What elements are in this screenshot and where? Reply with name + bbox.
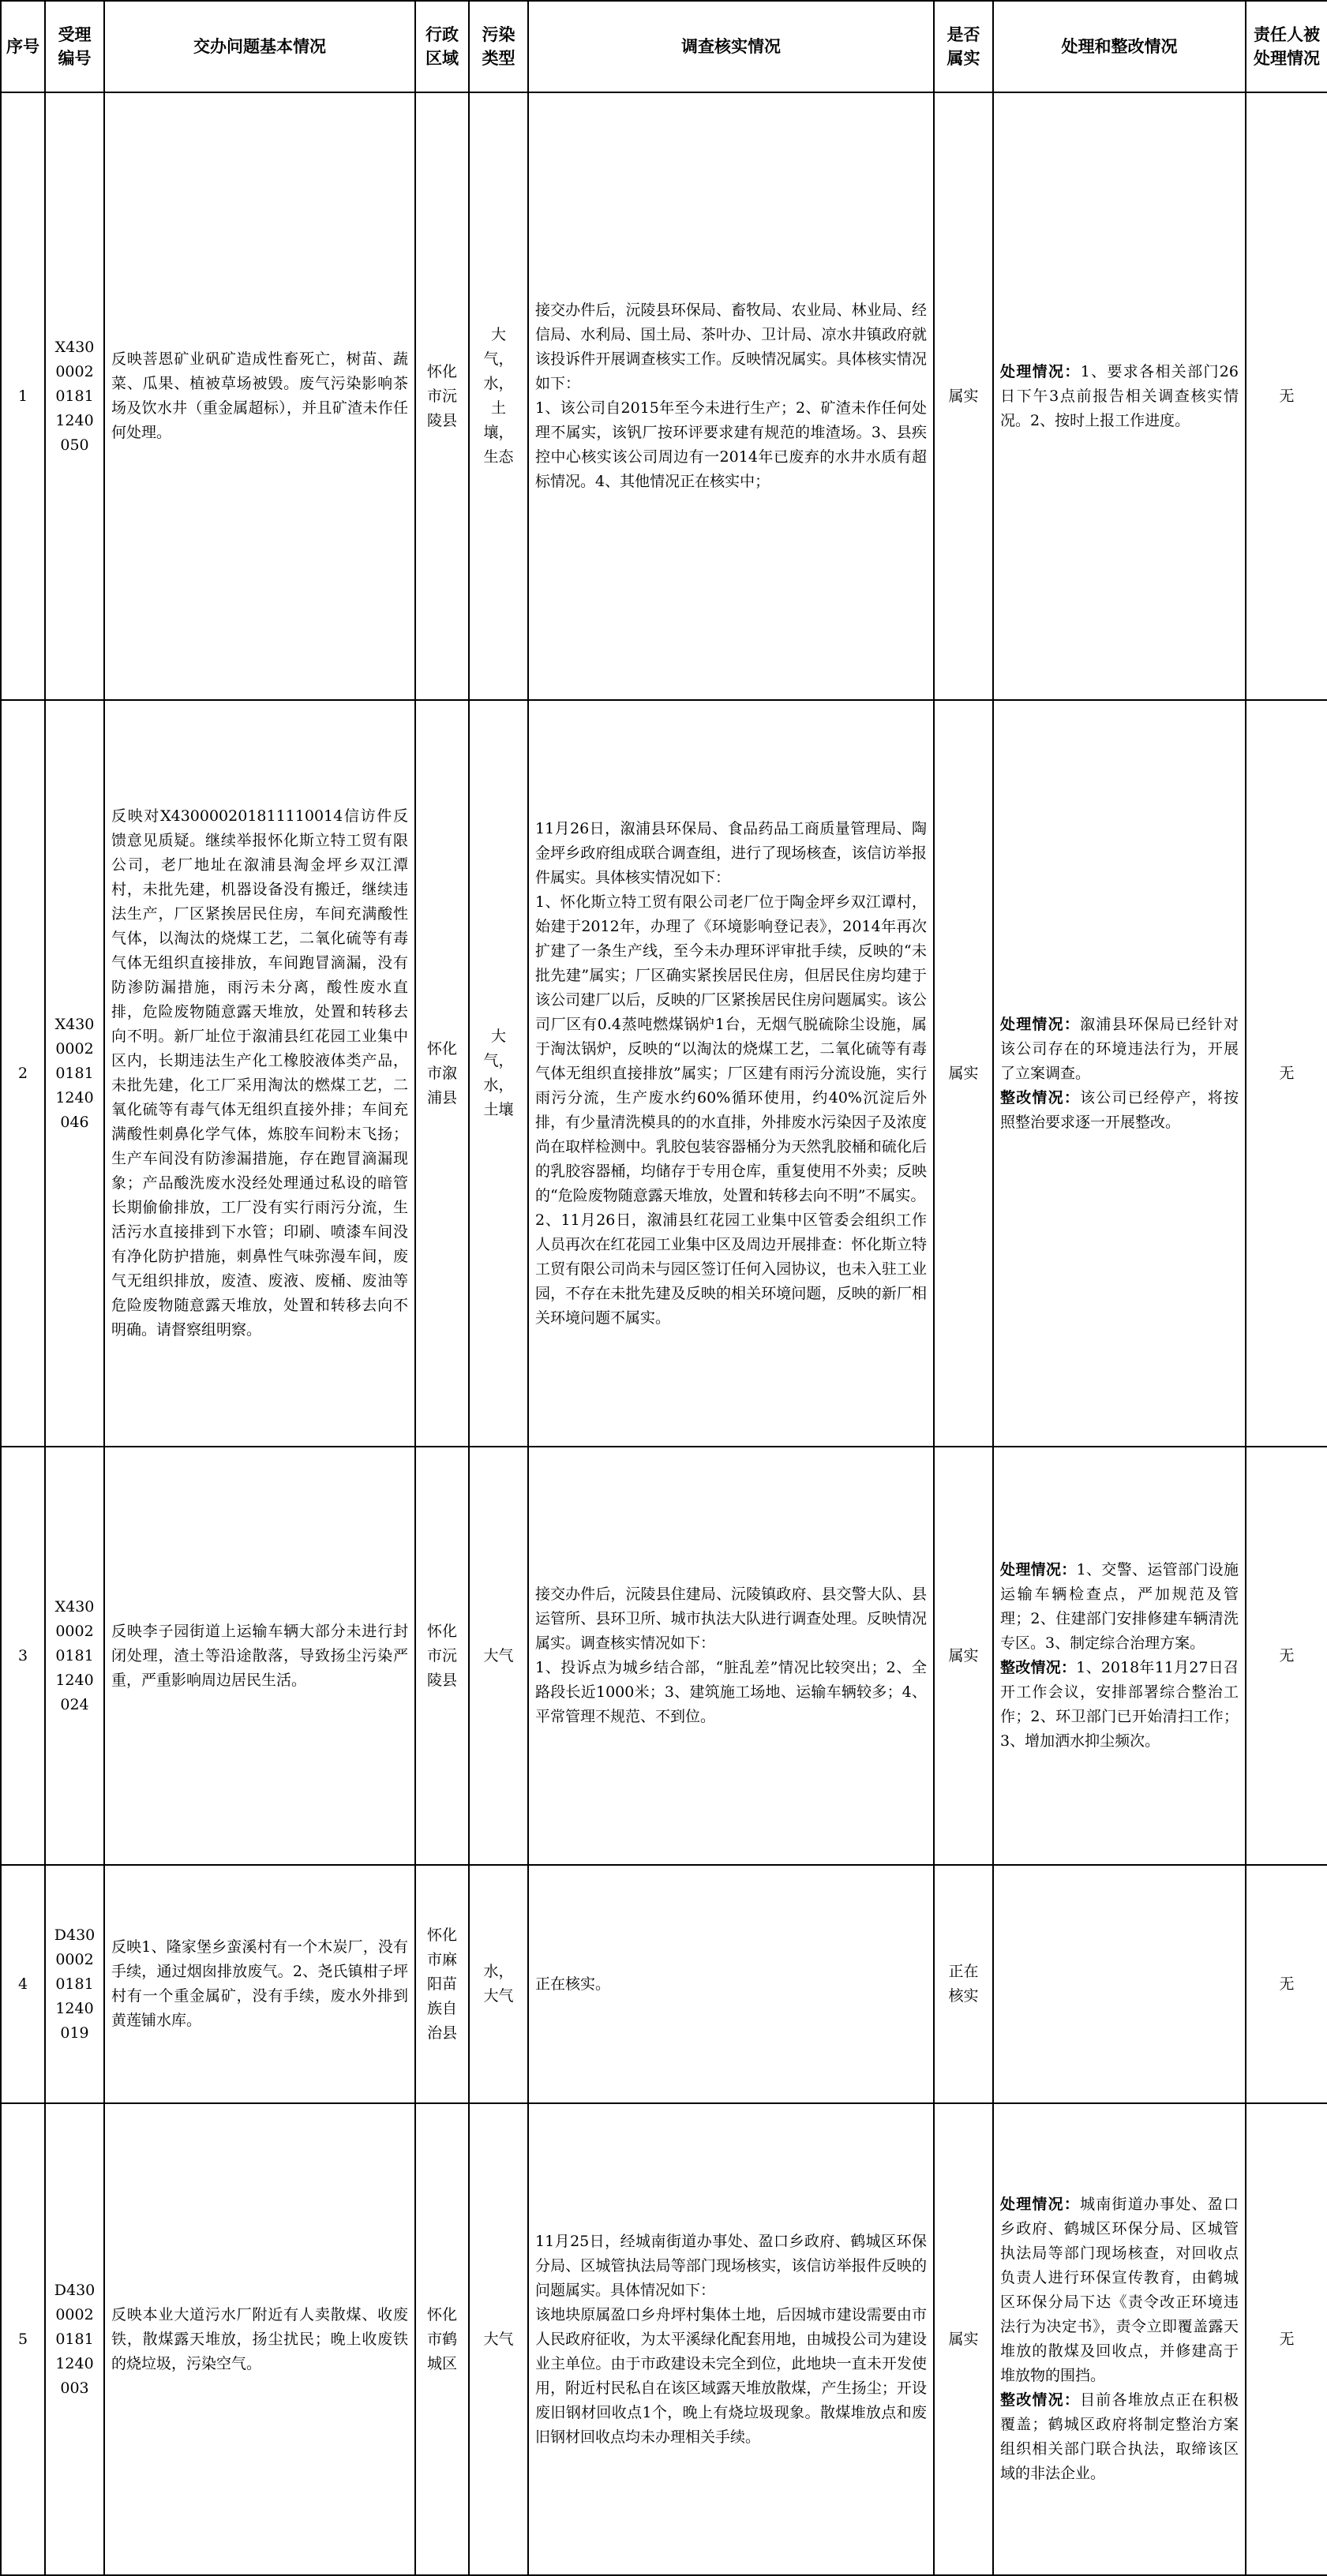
table-body: 1 X430 0002 0181 1240 050 反映菩恩矿业矾矿造成性畜死亡… <box>1 92 1327 2575</box>
cell-serial-number: 3 <box>1 1447 45 1865</box>
cell-handling: 处理情况：溆浦县环保局已经针对该公司存在的环境违法行为，开展了立案调查。整改情况… <box>993 700 1246 1447</box>
cell-accountability: 无 <box>1246 1447 1327 1865</box>
table-row: 3 X430 0002 0181 1240 024 反映李子园街道上运输车辆大部… <box>1 1447 1327 1865</box>
cell-serial-number: 4 <box>1 1865 45 2103</box>
cell-region: 怀化市麻阳苗族自治县 <box>415 1865 469 2103</box>
complaints-table: 序号 受理编号 交办问题基本情况 行政区域 污染类型 调查核实情况 是否属实 处… <box>0 0 1327 2576</box>
cell-region: 怀化市沅陵县 <box>415 92 469 700</box>
cell-investigation: 正在核实。 <box>528 1865 934 2103</box>
header-pollution-type: 污染类型 <box>469 1 528 92</box>
cell-verified-status: 属实 <box>934 700 993 1447</box>
cell-investigation: 接交办件后，沅陵县住建局、沅陵镇政府、县交警大队、县运管所、县环卫所、城市执法大… <box>528 1447 934 1865</box>
cell-investigation: 11月25日，经城南街道办事处、盈口乡政府、鹤城区环保分局、区城管执法局等部门现… <box>528 2103 934 2575</box>
document-sheet: 序号 受理编号 交办问题基本情况 行政区域 污染类型 调查核实情况 是否属实 处… <box>0 0 1327 2576</box>
cell-verified-status: 属实 <box>934 92 993 700</box>
header-acceptance-number: 受理编号 <box>45 1 104 92</box>
cell-handling: 处理情况：城南街道办事处、盈口乡政府、鹤城区环保分局、区城管执法局等部门现场核查… <box>993 2103 1246 2575</box>
cell-serial-number: 5 <box>1 2103 45 2575</box>
header-verified-status: 是否属实 <box>934 1 993 92</box>
cell-accountability: 无 <box>1246 92 1327 700</box>
cell-pollution-type: 大气，水，土壤 <box>469 700 528 1447</box>
cell-investigation: 11月26日，溆浦县环保局、食品药品工商质量管理局、陶金坪乡政府组成联合调查组，… <box>528 700 934 1447</box>
cell-pollution-type: 大气 <box>469 1447 528 1865</box>
header-row: 序号 受理编号 交办问题基本情况 行政区域 污染类型 调查核实情况 是否属实 处… <box>1 1 1327 92</box>
cell-problem-description: 反映李子园街道上运输车辆大部分未进行封闭处理，渣土等沿途散落，导致扬尘污染严重，… <box>104 1447 415 1865</box>
header-problem-description: 交办问题基本情况 <box>104 1 415 92</box>
cell-problem-description: 反映1、隆家堡乡蛮溪村有一个木炭厂，没有手续，通过烟囱排放废气。2、尧氏镇柑子坪… <box>104 1865 415 2103</box>
cell-verified-status: 属实 <box>934 2103 993 2575</box>
cell-accountability: 无 <box>1246 700 1327 1447</box>
cell-serial-number: 1 <box>1 92 45 700</box>
table-row: 2 X430 0002 0181 1240 046 反映对X4300002018… <box>1 700 1327 1447</box>
header-serial-number: 序号 <box>1 1 45 92</box>
cell-verified-status: 属实 <box>934 1447 993 1865</box>
cell-acceptance-number: D430 0002 0181 1240 019 <box>45 1865 104 2103</box>
table-row: 4 D430 0002 0181 1240 019 反映1、隆家堡乡蛮溪村有一个… <box>1 1865 1327 2103</box>
cell-problem-description: 反映本业大道污水厂附近有人卖散煤、收废铁，散煤露天堆放，扬尘扰民；晚上收废铁的烧… <box>104 2103 415 2575</box>
cell-accountability: 无 <box>1246 1865 1327 2103</box>
cell-verified-status: 正在核实 <box>934 1865 993 2103</box>
cell-pollution-type: 大气，水，土壤，生态 <box>469 92 528 700</box>
cell-region: 怀化市鹤城区 <box>415 2103 469 2575</box>
cell-region: 怀化市溆浦县 <box>415 700 469 1447</box>
header-region: 行政区域 <box>415 1 469 92</box>
cell-problem-description: 反映菩恩矿业矾矿造成性畜死亡，树苗、蔬菜、瓜果、植被草场被毁。废气污染影响茶场及… <box>104 92 415 700</box>
table-row: 1 X430 0002 0181 1240 050 反映菩恩矿业矾矿造成性畜死亡… <box>1 92 1327 700</box>
cell-pollution-type: 大气 <box>469 2103 528 2575</box>
cell-pollution-type: 水，大气 <box>469 1865 528 2103</box>
table-row: 5 D430 0002 0181 1240 003 反映本业大道污水厂附近有人卖… <box>1 2103 1327 2575</box>
cell-acceptance-number: X430 0002 0181 1240 050 <box>45 92 104 700</box>
cell-investigation: 接交办件后，沅陵县环保局、畜牧局、农业局、林业局、经信局、水利局、国土局、茶叶办… <box>528 92 934 700</box>
header-investigation: 调查核实情况 <box>528 1 934 92</box>
cell-problem-description: 反映对X430000201811110014信访件反馈意见质疑。继续举报怀化斯立… <box>104 700 415 1447</box>
cell-region: 怀化市沅陵县 <box>415 1447 469 1865</box>
cell-handling: 处理情况：1、交警、运管部门设施运输车辆检查点，严加规范及管理；2、住建部门安排… <box>993 1447 1246 1865</box>
cell-accountability: 无 <box>1246 2103 1327 2575</box>
table-header: 序号 受理编号 交办问题基本情况 行政区域 污染类型 调查核实情况 是否属实 处… <box>1 1 1327 92</box>
cell-acceptance-number: D430 0002 0181 1240 003 <box>45 2103 104 2575</box>
header-handling: 处理和整改情况 <box>993 1 1246 92</box>
header-accountability: 责任人被处理情况 <box>1246 1 1327 92</box>
cell-acceptance-number: X430 0002 0181 1240 024 <box>45 1447 104 1865</box>
cell-serial-number: 2 <box>1 700 45 1447</box>
cell-handling <box>993 1865 1246 2103</box>
cell-acceptance-number: X430 0002 0181 1240 046 <box>45 700 104 1447</box>
cell-handling: 处理情况：1、要求各相关部门26日下午3点前报告相关调查核实情况。2、按时上报工… <box>993 92 1246 700</box>
